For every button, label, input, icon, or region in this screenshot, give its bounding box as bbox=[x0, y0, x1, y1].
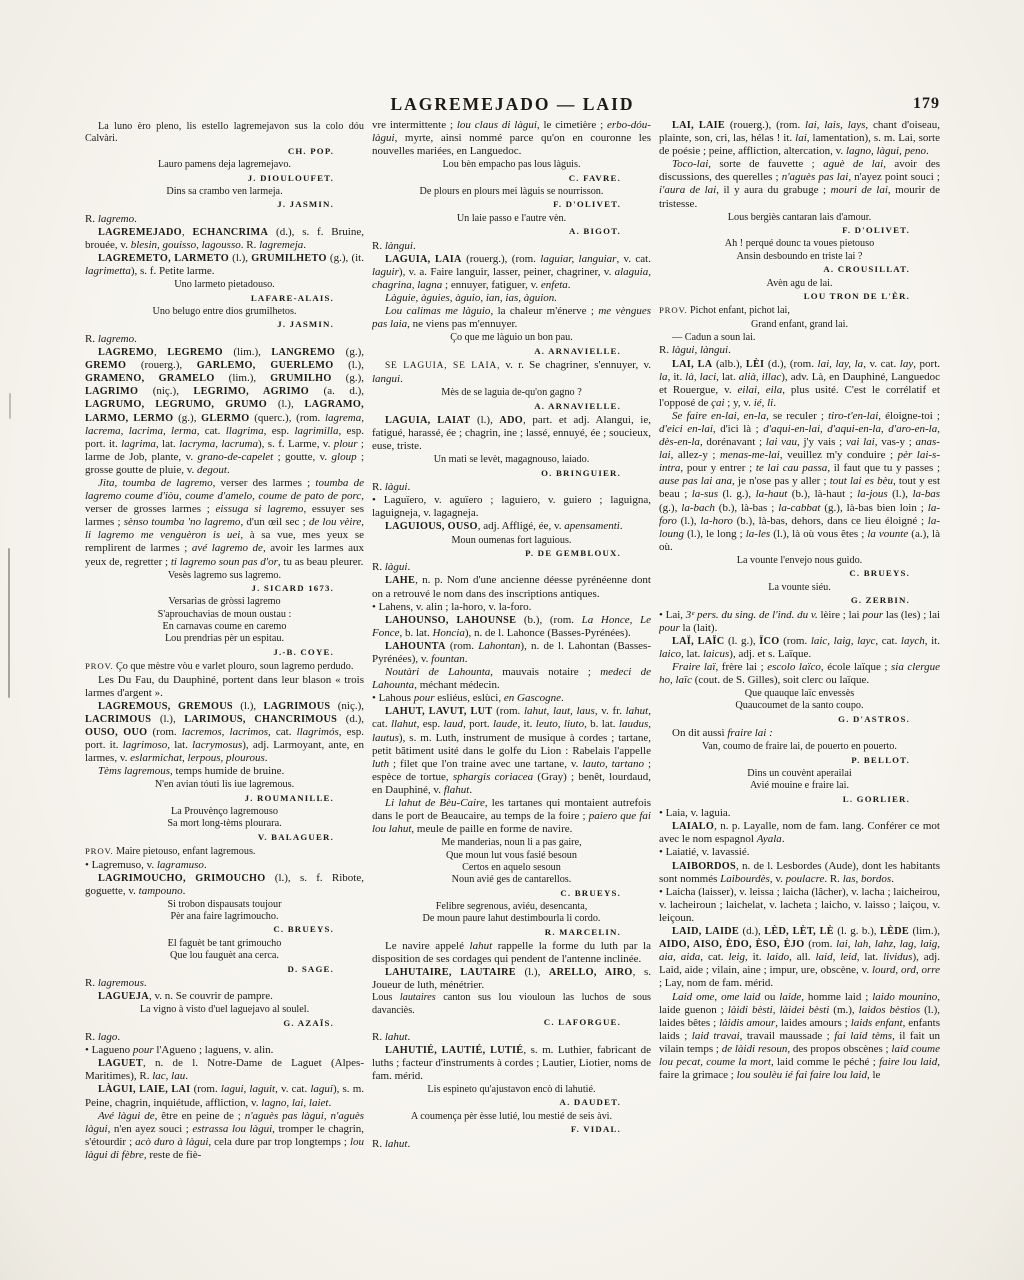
verse-quote: La vounte l'envejo nous guido. bbox=[659, 555, 940, 567]
dictionary-paragraph: PROV. Ço que mèstre vòu e varlet plouro,… bbox=[85, 660, 364, 673]
dictionary-entry: LAHOUNTA (rom. Lahontan), n. de l. Lahon… bbox=[372, 640, 651, 666]
dictionary-paragraph: Noutàri de Lahounta, mauvais notaire ; m… bbox=[372, 666, 651, 692]
verse-quote: De plours en plours mei làguis se nourri… bbox=[372, 186, 651, 198]
citation-attribution: P. BELLOT. bbox=[659, 755, 940, 767]
dictionary-paragraph: • Laguïero, v. aguïero ; laguiero, v. gu… bbox=[372, 494, 651, 520]
dictionary-paragraph: Avé làgui de, être en peine de ; n'aguès… bbox=[85, 1110, 364, 1162]
citation-attribution: C. FAVRE. bbox=[372, 173, 651, 185]
verse-quote: La vounte siéu. bbox=[659, 582, 940, 594]
citation-attribution: C. LAFORGUE. bbox=[372, 1017, 651, 1029]
citation-attribution: C. BRUEYS. bbox=[372, 888, 651, 900]
scan-edge-artifact bbox=[9, 393, 11, 419]
text-column-1: La luno èro pleno, lis estello lagremeja… bbox=[85, 121, 364, 1235]
dictionary-entry: LAI, LA (alb.), LÈI (d.), (rom. lai, lay… bbox=[659, 358, 940, 410]
dictionary-paragraph: R. lahut. bbox=[372, 1138, 651, 1151]
text-column-3: LAI, LAIE (rouerg.), (rom. lai, lais, la… bbox=[659, 119, 940, 1233]
dictionary-paragraph: R. làngui. bbox=[372, 240, 651, 253]
dictionary-entry: LAGUEJA, v. n. Se couvrir de pampre. bbox=[85, 990, 364, 1003]
dictionary-entry: LAGUIA, LAIAT (l.), ADO, part. et adj. A… bbox=[372, 414, 651, 453]
dictionary-paragraph: R. làgui, làngui. bbox=[659, 344, 940, 357]
citation-attribution: V. BALAGUER. bbox=[85, 832, 364, 844]
dictionary-paragraph: Lous lautaires canton sus lou viouloun l… bbox=[372, 992, 651, 1017]
dictionary-paragraph: R. lahut. bbox=[372, 1031, 651, 1044]
dictionary-paragraph: Les Du Fau, du Dauphiné, portent dans le… bbox=[85, 674, 364, 700]
citation-attribution: G. ZERBIN. bbox=[659, 595, 940, 607]
citation-attribution: J. DIOULOUFET. bbox=[85, 173, 364, 185]
citation-attribution: A. ARNAVIELLE. bbox=[372, 346, 651, 358]
citation-attribution: LAFARE-ALAIS. bbox=[85, 293, 364, 305]
verse-quote: Ço que me làguio un bon pau. bbox=[372, 332, 651, 344]
citation-attribution: J.-B. COYE. bbox=[85, 647, 364, 659]
verse-quote: Felibre segrenous, aviéu, desencanta,De … bbox=[372, 901, 651, 926]
verse-quote: Mès de se laguia de-qu'on gagno ? bbox=[372, 387, 651, 399]
dictionary-paragraph: Lou calimas me làguio, la chaleur m'éner… bbox=[372, 305, 651, 331]
citation-attribution: A. DAUDET. bbox=[372, 1097, 651, 1109]
running-title: LAGREMEJADO — LAID bbox=[85, 94, 940, 115]
dictionary-paragraph: • Laia, v. laguia. bbox=[659, 807, 940, 820]
dictionary-paragraph: • Lagueno pour l'Agueno ; laguens, v. al… bbox=[85, 1044, 364, 1057]
verse-quote: Uno belugo entre dios grumilhetos. bbox=[85, 306, 364, 318]
verse-quote: Un mati se levèt, magagnouso, laiado. bbox=[372, 454, 651, 466]
dictionary-entry: LAI, LAIE (rouerg.), (rom. lai, lais, la… bbox=[659, 119, 940, 158]
dictionary-paragraph: vre intermittente ; lou claus di làgui, … bbox=[372, 119, 651, 158]
dictionary-entry: LAGREMOUS, GREMOUS (l.), LAGRIMOUS (niç.… bbox=[85, 700, 364, 765]
citation-attribution: F. D'OLIVET. bbox=[659, 225, 940, 237]
verse-quote: La vigno à visto d'uel laguejavo al soul… bbox=[85, 1004, 364, 1016]
citation-attribution: J. JASMIN. bbox=[85, 199, 364, 211]
citation-attribution: J. ROUMANILLE. bbox=[85, 793, 364, 805]
verse-quote: Lis espineto qu'ajustavon encò di lahuti… bbox=[372, 1084, 651, 1096]
dictionary-paragraph: R. lagremous. bbox=[85, 977, 364, 990]
citation-attribution: A. ARNAVIELLE. bbox=[372, 401, 651, 413]
verse-quote: Avèn agu de lai. bbox=[659, 278, 940, 290]
dictionary-paragraph: Fraire laï, frère lai ; escolo laïco, éc… bbox=[659, 661, 940, 687]
citation-attribution: D. SAGE. bbox=[85, 964, 364, 976]
verse-quote: Lous bergiès cantaran lais d'amour. bbox=[659, 212, 940, 224]
dictionary-paragraph: R. lago. bbox=[85, 1031, 364, 1044]
dictionary-entry: LÀGUI, LAIE, LAI (rom. lagui, laguit, v.… bbox=[85, 1083, 364, 1109]
dictionary-paragraph: Se faire en-lai, en-la, se reculer ; tir… bbox=[659, 410, 940, 554]
citation-attribution: G. AZAÏS. bbox=[85, 1018, 364, 1030]
dictionary-paragraph: R. lagremo. bbox=[85, 333, 364, 346]
dictionary-paragraph: R. làgui. bbox=[372, 561, 651, 574]
scan-edge-artifact bbox=[8, 548, 10, 698]
citation-attribution: A. CROUSILLAT. bbox=[659, 264, 940, 276]
citation-attribution: J. SICARD 1673. bbox=[85, 583, 364, 595]
dictionary-paragraph: • Laicha (laisser), v. leissa ; laicha (… bbox=[659, 886, 940, 925]
dictionary-paragraph: Li lahut de Bèu-Caire, les tartanes qui … bbox=[372, 797, 651, 836]
dictionary-entry: LAHOUNSO, LAHOUNSE (b.), (rom. La Honce,… bbox=[372, 614, 651, 640]
dictionary-entry: LAGUIA, LAIA (rouerg.), (rom. laguiar, l… bbox=[372, 253, 651, 292]
citation-attribution: C. BRUEYS. bbox=[85, 924, 364, 936]
dictionary-paragraph: SE LAGUIA, SE LAIA, v. r. Se chagriner, … bbox=[372, 359, 651, 386]
page-number: 179 bbox=[913, 95, 940, 113]
dictionary-paragraph: • Laiatié, v. lavassié. bbox=[659, 846, 940, 859]
verse-quote: Dins un couvènt aperailaiAvié mouine e f… bbox=[659, 768, 940, 793]
citation-attribution: CH. POP. bbox=[85, 146, 364, 158]
dictionary-paragraph: On dit aussi fraire lai : bbox=[659, 727, 940, 740]
verse-quote: A coumença pèr èsse lutié, lou mestié de… bbox=[372, 1111, 651, 1123]
dictionary-page-scan: LAGREMEJADO — LAID 179 La luno èro pleno… bbox=[0, 0, 1024, 1280]
citation-attribution: O. BRINGUIER. bbox=[372, 468, 651, 480]
citation-attribution: R. MARCELIN. bbox=[372, 927, 651, 939]
dictionary-entry: LAIBORDOS, n. de l. Lesbordes (Aude), do… bbox=[659, 860, 940, 886]
dictionary-paragraph: Tèms lagremous, temps humide de bruine. bbox=[85, 765, 364, 778]
verse-quote: Lauro pamens deja lagremejavo. bbox=[85, 159, 364, 171]
verse-quote: Vesès lagremo sus lagremo. bbox=[85, 570, 364, 582]
dictionary-paragraph: • Lahens, v. alin ; la-horo, v. la-foro. bbox=[372, 601, 651, 614]
dictionary-entry: LAHUTAIRE, LAUTAIRE (l.), ARELLO, AIRO, … bbox=[372, 966, 651, 992]
dictionary-entry: LAGREMEJADO, ECHANCRIMA (d.), s. f. Brui… bbox=[85, 226, 364, 252]
dictionary-paragraph: Laid ome, ome laid ou laide, homme laid … bbox=[659, 991, 940, 1083]
dictionary-entry: LAGUIOUS, OUSO, adj. Affligé, ée, v. ape… bbox=[372, 520, 651, 533]
verse-quote: Si trobon dispausats toujourPèr ana fair… bbox=[85, 899, 364, 924]
citation-attribution: A. BIGOT. bbox=[372, 226, 651, 238]
verse-quote: Un laie passo e l'autre vèn. bbox=[372, 213, 651, 225]
dictionary-paragraph: PROV. Maire pietouso, enfant lagremous. bbox=[85, 845, 364, 858]
verse-quote: Que quauque laïc envessèsQuaucoumet de l… bbox=[659, 688, 940, 713]
dictionary-entry: LAGRIMOUCHO, GRIMOUCHO (l.), s. f. Ribot… bbox=[85, 872, 364, 898]
dictionary-paragraph: — Cadun a soun lai. bbox=[659, 332, 940, 344]
dictionary-paragraph: La luno èro pleno, lis estello lagremeja… bbox=[85, 121, 364, 146]
verse-quote: Me manderias, noun li a pas gaire,Que mo… bbox=[372, 837, 651, 886]
citation-attribution: G. D'ASTROS. bbox=[659, 714, 940, 726]
citation-attribution: F. VIDAL. bbox=[372, 1124, 651, 1136]
dictionary-entry: LAHUTIÉ, LAUTIÉ, LUTIÉ, s. m. Luthier, f… bbox=[372, 1044, 651, 1083]
verse-quote: Lou bèn empacho pas lous làguis. bbox=[372, 159, 651, 171]
verse-quote: Van, coumo de fraire lai, de pouerto en … bbox=[659, 741, 940, 753]
citation-attribution: P. DE GEMBLOUX. bbox=[372, 548, 651, 560]
verse-quote: N'en avian tóuti lis iue lagremous. bbox=[85, 779, 364, 791]
dictionary-paragraph: • Lai, 3ᵉ pers. du sing. de l'ind. du v.… bbox=[659, 609, 940, 635]
verse-quote: El faguèt be tant grimouchoQue lou faugu… bbox=[85, 938, 364, 963]
dictionary-entry: LAHE, n. p. Nom d'une ancienne déesse py… bbox=[372, 574, 651, 600]
dictionary-paragraph: Jita, toumba de lagremo, verser des larm… bbox=[85, 477, 364, 569]
verse-quote: Dins sa crambo ven larmeja. bbox=[85, 186, 364, 198]
citation-attribution: L. GORLIER. bbox=[659, 794, 940, 806]
dictionary-paragraph: R. lagremo. bbox=[85, 213, 364, 226]
verse-quote: Moun oumenas fort laguious. bbox=[372, 535, 651, 547]
citation-attribution: J. JASMIN. bbox=[85, 319, 364, 331]
dictionary-paragraph: Làguie, àguies, àguio, ian, ias, àguion. bbox=[372, 292, 651, 305]
citation-attribution: C. BRUEYS. bbox=[659, 568, 940, 580]
dictionary-entry: LAGREMETO, LARMETO (l.), GRUMILHETO (g.)… bbox=[85, 252, 364, 278]
dictionary-entry: LAÏ, LAÏC (l. g.), ÏCO (rom. laic, laig,… bbox=[659, 635, 940, 661]
verse-quote: Versarias de gròssi lagremoS'aprouchavia… bbox=[85, 596, 364, 645]
dictionary-paragraph: R. làgui. bbox=[372, 481, 651, 494]
dictionary-paragraph: PROV. Pichot enfant, pichot lai, bbox=[659, 304, 940, 317]
verse-quote: Grand enfant, grand lai. bbox=[659, 319, 940, 331]
verse-quote: Uno larmeto pietadouso. bbox=[85, 279, 364, 291]
dictionary-entry: LAGUET, n. de l. Notre-Dame de Laguet (A… bbox=[85, 1057, 364, 1083]
dictionary-entry: LAID, LAIDE (d.), LÈD, LÈT, LÈ (l. g. b.… bbox=[659, 925, 940, 990]
verse-quote: La Prouvènço lagremousoSa mort long-tèms… bbox=[85, 806, 364, 831]
dictionary-paragraph: Toco-lai, sorte de fauvette ; aguè de la… bbox=[659, 158, 940, 210]
citation-attribution: LOU TRON DE L'ÈR. bbox=[659, 291, 940, 303]
dictionary-entry: LAIALO, n. p. Layalle, nom de fam. lang.… bbox=[659, 820, 940, 846]
citation-attribution: F. D'OLIVET. bbox=[372, 199, 651, 211]
dictionary-paragraph: • Lahous pour esliéus, eslùci, en Gascog… bbox=[372, 692, 651, 705]
verse-quote: Ah ! perqué dounc ta voues pietousoAnsin… bbox=[659, 238, 940, 263]
dictionary-entry: LAHUT, LAVUT, LUT (rom. lahut, laut, lau… bbox=[372, 705, 651, 797]
dictionary-paragraph: • Lagremuso, v. lagramuso. bbox=[85, 859, 364, 872]
dictionary-entry: LAGREMO, LEGREMO (lim.), LANGREMO (g.), … bbox=[85, 346, 364, 477]
dictionary-paragraph: Le navire appelé lahut rappelle la forme… bbox=[372, 940, 651, 966]
text-column-2: vre intermittente ; lou claus di làgui, … bbox=[372, 119, 651, 1233]
